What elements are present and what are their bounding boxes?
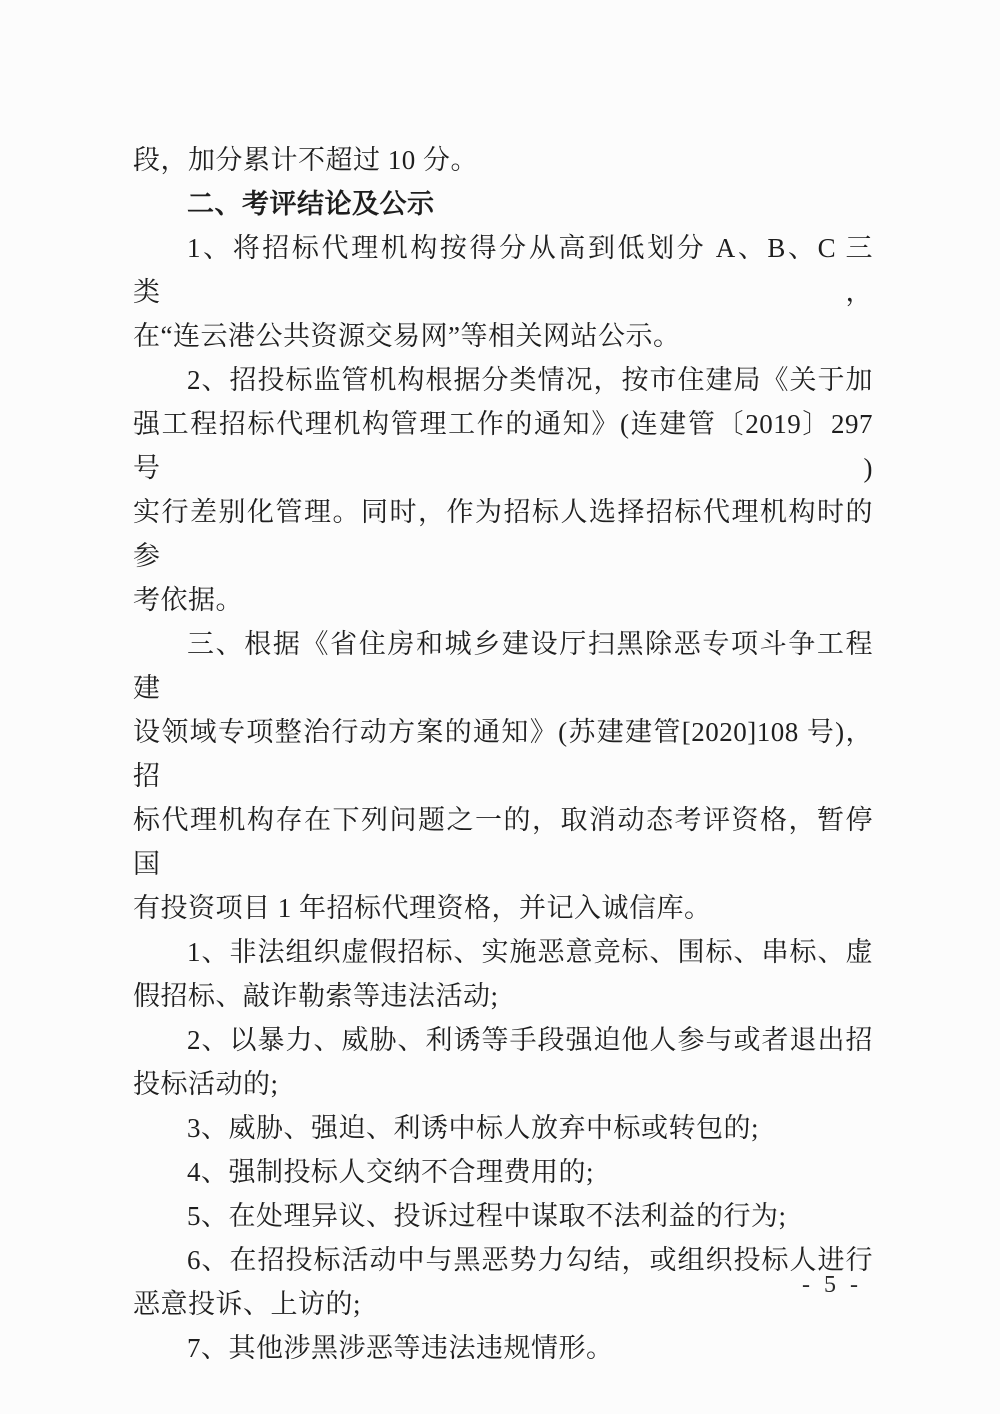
paragraph: 3、威胁、强迫、利诱中标人放弃中标或转包的; [133,1106,873,1150]
text-line: 实行差别化管理。同时，作为招标人选择招标代理机构时的参 [133,490,873,578]
text-line: 6、在招投标活动中与黑恶势力勾结，或组织投标人进行 [133,1238,873,1282]
paragraph: 4、强制投标人交纳不合理费用的; [133,1150,873,1194]
text-line: 恶意投诉、上访的; [133,1282,873,1326]
text-line: 假招标、敲诈勒索等违法活动; [133,974,873,1018]
text-line: 设领域专项整治行动方案的通知》(苏建建管[2020]108 号)，招 [133,710,873,798]
paragraph: 2、招投标监管机构根据分类情况，按市住建局《关于加强工程招标代理机构管理工作的通… [133,358,873,622]
text-line: 1、非法组织虚假招标、实施恶意竞标、围标、串标、虚 [133,930,873,974]
text-line: 2、以暴力、威胁、利诱等手段强迫他人参与或者退出招 [133,1018,873,1062]
paragraph: 2、以暴力、威胁、利诱等手段强迫他人参与或者退出招投标活动的; [133,1018,873,1106]
text-line: 2、招投标监管机构根据分类情况，按市住建局《关于加 [133,358,873,402]
text-line: 4、强制投标人交纳不合理费用的; [133,1150,873,1194]
section-heading: 二、考评结论及公示 [133,182,873,226]
document-page: 段，加分累计不超过 10 分。二、考评结论及公示1、将招标代理机构按得分从高到低… [0,0,1000,1414]
text-line: 在“连云港公共资源交易网”等相关网站公示。 [133,314,873,358]
paragraph: 三、根据《省住房和城乡建设厅扫黑除恶专项斗争工程建设领域专项整治行动方案的通知》… [133,622,873,930]
paragraph: 7、其他涉黑涉恶等违法违规情形。 [133,1326,873,1370]
text-line: 强工程招标代理机构管理工作的通知》(连建管〔2019〕297 号) [133,402,873,490]
document-body: 段，加分累计不超过 10 分。二、考评结论及公示1、将招标代理机构按得分从高到低… [133,138,873,1370]
text-line: 5、在处理异议、投诉过程中谋取不法利益的行为; [133,1194,873,1238]
text-line: 标代理机构存在下列问题之一的，取消动态考评资格，暂停国 [133,798,873,886]
text-line: 7、其他涉黑涉恶等违法违规情形。 [133,1326,873,1370]
paragraph: 1、非法组织虚假招标、实施恶意竞标、围标、串标、虚假招标、敲诈勒索等违法活动; [133,930,873,1018]
paragraph: 1、将招标代理机构按得分从高到低划分 A、B、C 三类，在“连云港公共资源交易网… [133,226,873,358]
text-line: 1、将招标代理机构按得分从高到低划分 A、B、C 三类， [133,226,873,314]
page-number: - 5 - [802,1272,862,1299]
text-line: 3、威胁、强迫、利诱中标人放弃中标或转包的; [133,1106,873,1150]
text-line: 二、考评结论及公示 [133,182,873,226]
text-line: 有投资项目 1 年招标代理资格，并记入诚信库。 [133,886,873,930]
text-line: 考依据。 [133,578,873,622]
paragraph: 5、在处理异议、投诉过程中谋取不法利益的行为; [133,1194,873,1238]
paragraph: 6、在招投标活动中与黑恶势力勾结，或组织投标人进行恶意投诉、上访的; [133,1238,873,1326]
text-line: 投标活动的; [133,1062,873,1106]
text-line: 段，加分累计不超过 10 分。 [133,138,873,182]
paragraph: 段，加分累计不超过 10 分。 [133,138,873,182]
text-line: 三、根据《省住房和城乡建设厅扫黑除恶专项斗争工程建 [133,622,873,710]
